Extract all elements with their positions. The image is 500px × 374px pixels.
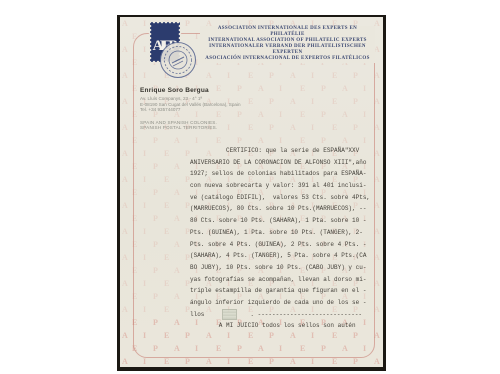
body-line: Pts. (GUINEA), 1 Pta. sobre 10 Pts. (TAN… bbox=[190, 227, 375, 239]
body-line: con nueva sobrecarta y valor: 391 al 401… bbox=[190, 180, 375, 192]
body-line-fragment: llos bbox=[190, 309, 204, 321]
body-line: 80 Cts. sobre 10 Pts. (SAHARA), 1 Pta. s… bbox=[190, 215, 375, 227]
body-line: ve (catálogo EDIFIL), valores 53 Cts. so… bbox=[190, 192, 375, 204]
aiep-logo: AIEP bbox=[148, 20, 200, 84]
certificate-paper: A I E P E P A I bbox=[120, 17, 383, 367]
body-line: ANIVERSARIO DE LA CORONACION DE ALFONSO … bbox=[190, 157, 375, 169]
body-line: CERTIFICO: que la serie de ESPAÑA"XXV bbox=[190, 145, 375, 157]
guarantee-stamp-thumbnail bbox=[222, 309, 237, 320]
body-line: yas fotografías se acompañan, llevan al … bbox=[190, 274, 375, 286]
association-name-line-de: INTERNATIONALER VERBAND DER PHILATELISTI… bbox=[200, 44, 375, 56]
body-line: (SAHARA), 4 Pts. (TANGER), 5 Pta. sobre … bbox=[190, 250, 375, 262]
specialty-line: SPANISH POSTAL TERRITORIES. bbox=[140, 125, 241, 131]
expert-address: Av. Lluís Companys, 23 - 4° 1ª E-08190 S… bbox=[140, 96, 241, 113]
body-line: ángulo inferior izquierdo de cada uno de… bbox=[190, 297, 375, 309]
certificate-scan: A I E P E P A I bbox=[117, 15, 386, 371]
association-name-line-fr: ASSOCIATION INTERNATIONALE DES EXPERTS E… bbox=[200, 26, 375, 38]
body-line: BO JUBY), 10 Pts. sobre 10 Pts. (CABO JU… bbox=[190, 262, 375, 274]
expert-seal-icon bbox=[161, 43, 196, 78]
dashed-rule: . ----------------------------- bbox=[250, 309, 362, 321]
expert-contact-block: Enrique Soro Bergua Av. Lluís Companys, … bbox=[140, 87, 241, 131]
page-background: A I E P E P A I bbox=[0, 0, 500, 374]
body-line: Pts. sobre 4 Pts. (GUINEA), 2 Pts. sobre… bbox=[190, 239, 375, 251]
body-line: triple estampilla de garantía que figura… bbox=[190, 285, 375, 297]
body-line: (MARRUECOS), 80 Cts. sobre 10 Pts.(MARRU… bbox=[190, 203, 375, 215]
phone-line: Tel. +34 935744077 bbox=[140, 107, 241, 113]
association-name-line-es: ASOCIACIÓN INTERNACIONAL DE EXPERTOS FIL… bbox=[200, 56, 375, 62]
expert-name: Enrique Soro Bergua bbox=[140, 87, 241, 94]
body-line: 1927; sellos de colonias habilitados par… bbox=[190, 168, 375, 180]
closing-line: A MI JUICIO todos los sellos son autén bbox=[190, 320, 375, 332]
expert-specialties: SPAIN AND SPANISH COLONIES. SPANISH POST… bbox=[140, 120, 241, 132]
association-names: ASSOCIATION INTERNATIONALE DES EXPERTS E… bbox=[200, 26, 375, 63]
body-line-with-stamp: llos . ----------------------------- bbox=[190, 309, 375, 321]
certificate-body-text: CERTIFICO: que la serie de ESPAÑA"XXV AN… bbox=[190, 145, 375, 332]
